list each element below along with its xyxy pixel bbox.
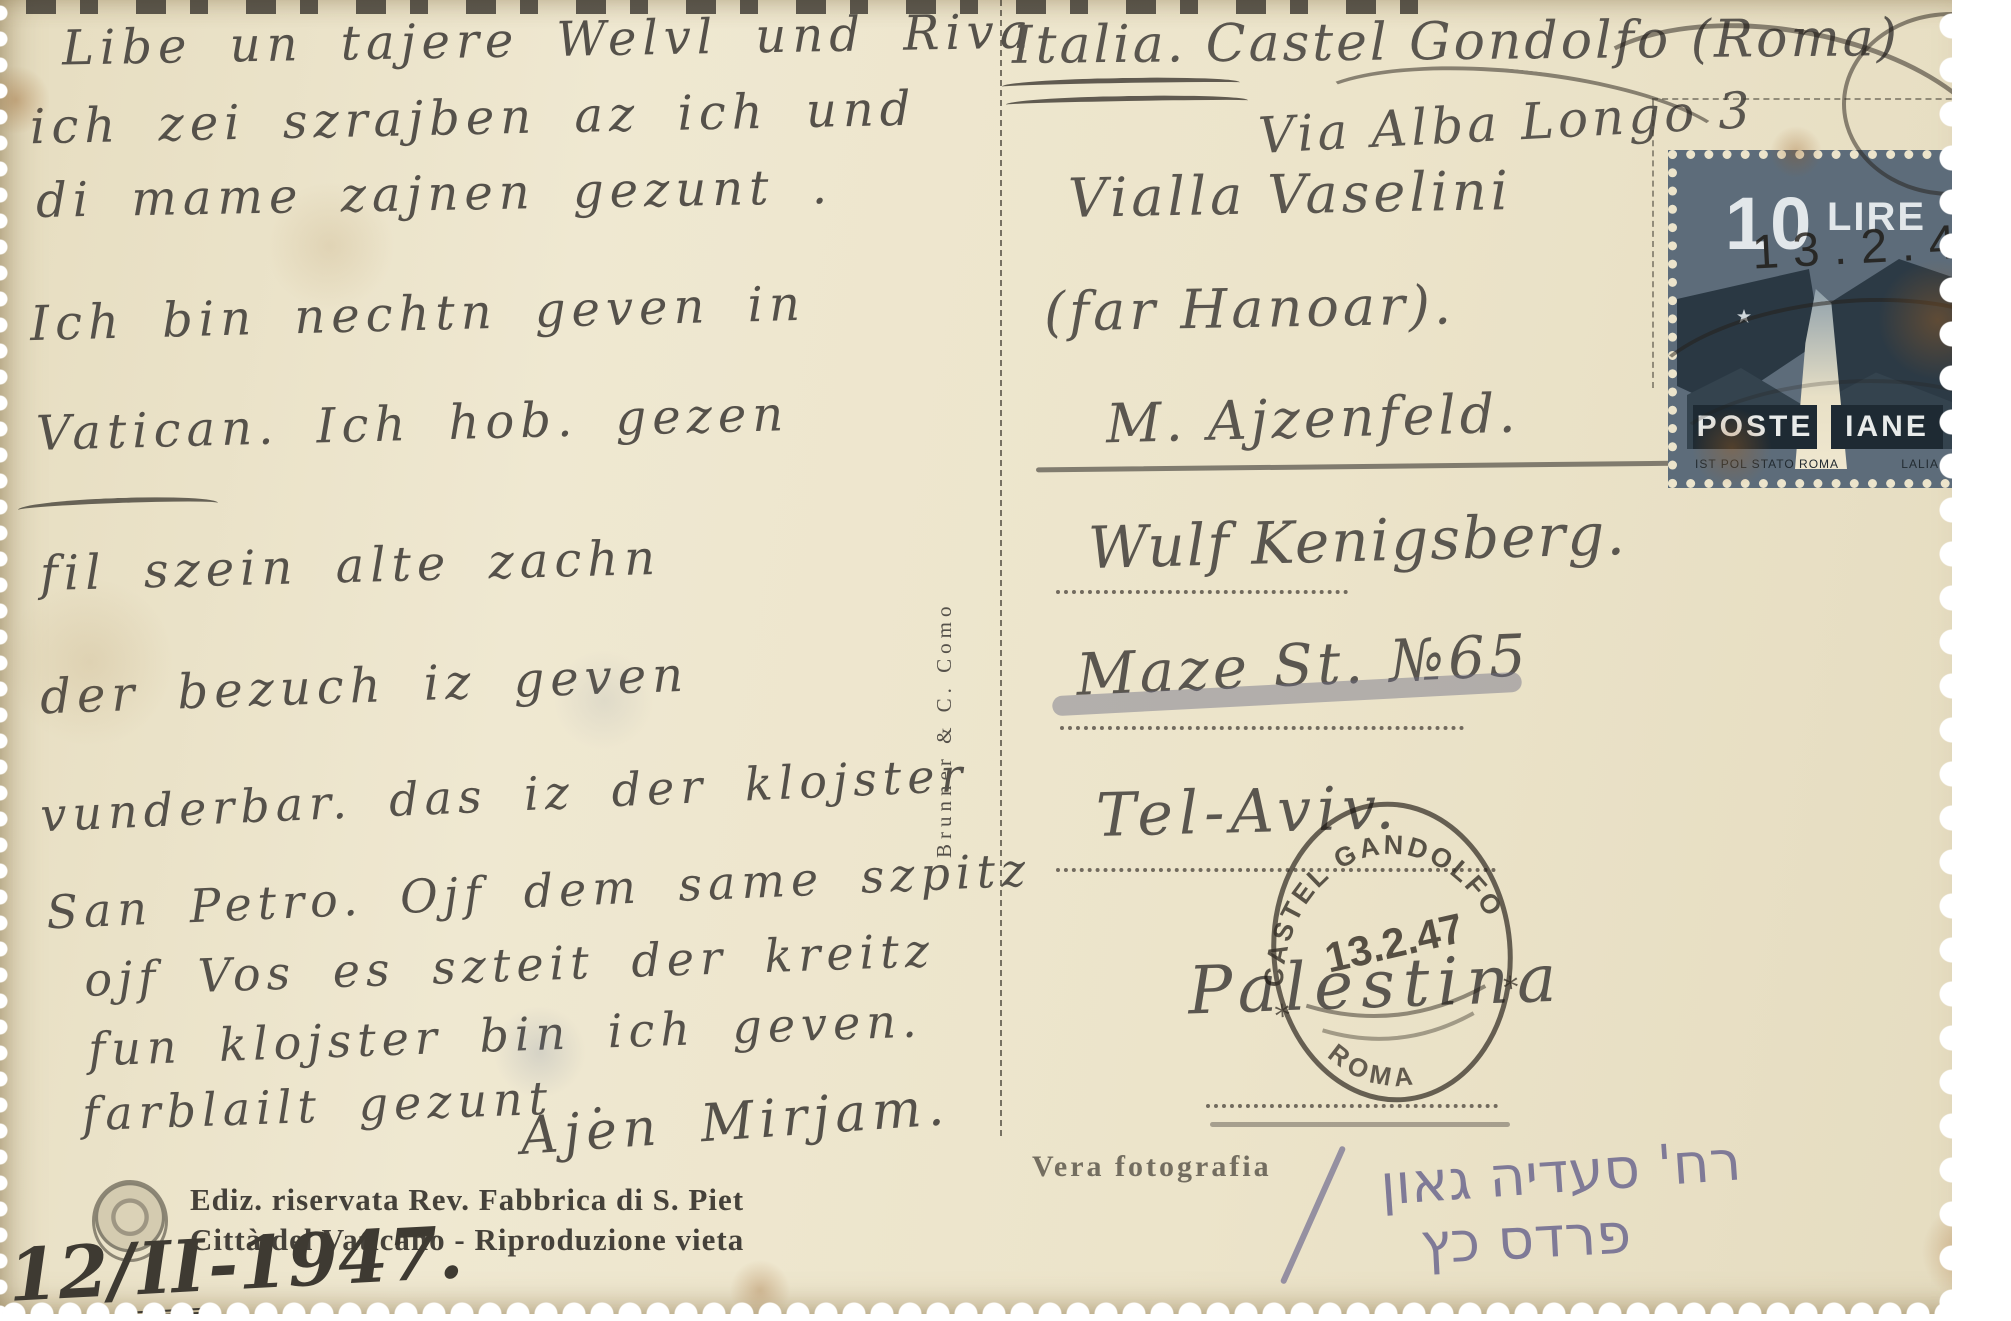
address-dotted-rule-1 <box>1056 590 1348 594</box>
postcard-back: Libe un tajere Welvl und Riva ich zei sz… <box>0 0 1992 1314</box>
sender-line-3: M. Ajzenfeld. <box>1105 387 1520 452</box>
vatican-underline-stroke <box>18 495 218 519</box>
italia-underline-1 <box>1002 76 1240 93</box>
postmark-bottom-text: ROMA <box>1321 1031 1419 1098</box>
postmark-bridge-line-1 <box>1306 986 1487 1023</box>
separator-pencil-line <box>1036 461 1684 473</box>
message-line-5: Vatican. Ich hob. gezen <box>36 390 790 458</box>
photo-credit: Vera fotografia <box>1032 1150 1272 1184</box>
message-line-6: fil szein alte zachn <box>39 534 661 598</box>
message-line-10: ojf Vos es szteit der kreitz <box>83 927 935 1003</box>
message-line-3: di mame zajnen gezunt . <box>36 163 834 225</box>
divider-line <box>1000 0 1002 1136</box>
message-line-2: ich zei szrajben az ich und <box>30 85 917 152</box>
sender-line-2: (far Hanoar). <box>1044 278 1456 339</box>
hebrew-slash-stroke <box>1280 1145 1346 1284</box>
message-line-1: Libe un tajere Welvl und Riva <box>62 8 1035 73</box>
postmark-star-left: * <box>1274 998 1292 1034</box>
message-line-7: der bezuch iz geven <box>39 651 689 722</box>
message-line-11: fun klojster bin ich geven. <box>87 997 923 1072</box>
palestina-dash-rule <box>1210 1122 1510 1127</box>
recipient-name-line: Wulf Kenigsberg. <box>1087 505 1627 577</box>
deckled-edge-bottom <box>0 1292 1992 1314</box>
publisher-line-1: Ediz. riservata Rev. Fabbrica di S. Piet <box>190 1182 744 1218</box>
deckled-edge-left <box>0 0 14 1314</box>
hebrew-note-line-1: רח' סעדיה גאון <box>1378 1133 1742 1214</box>
postmark: CASTEL GANDOLFO ROMA * * 13.2.47 <box>1242 775 1542 1129</box>
postmark-center-date: 13.2.47 <box>1320 904 1467 981</box>
hebrew-note-line-2: פרדס כץ <box>1419 1207 1633 1274</box>
postmark-star-right: * <box>1502 970 1520 1006</box>
address-dotted-rule-2 <box>1060 726 1464 730</box>
deckled-edge-right <box>1952 0 1992 1314</box>
printer-credit-vertical: Brunner & C. Como <box>932 578 957 858</box>
message-line-4: Ich bin nechtn geven in <box>30 280 807 348</box>
italia-underline-2 <box>1006 94 1248 111</box>
message-line-8: vunderbar. das iz der klojster <box>39 752 969 838</box>
postmark-bridge-line-2 <box>1322 1013 1475 1044</box>
message-line-9: San Petro. Ojf dem same szpitz <box>45 847 1032 936</box>
